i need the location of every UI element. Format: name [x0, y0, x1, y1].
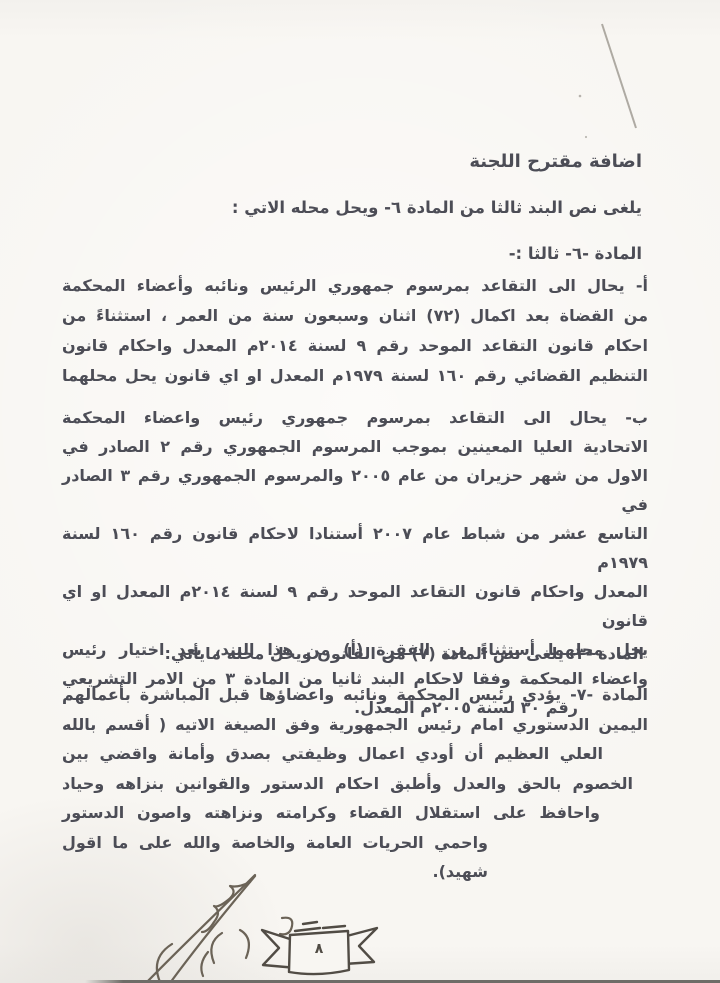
clause-a-line: أ- يحال الى التقاعد بمرسوم جمهوري الرئيس…	[62, 271, 648, 301]
clause-b-line: التاسع عشر من شباط عام ٢٠٠٧ أستنادا لاحك…	[62, 519, 648, 577]
clause-b-line: الاول من شهر حزيران من عام ٢٠٠٥ والمرسوم…	[62, 461, 648, 519]
article3-line: المادة -٣- يلغى نص المادة (٧) من القانون…	[165, 644, 644, 663]
document-text: اضافة مقترح اللجنة يلغى نص البند ثالثا م…	[0, 0, 720, 983]
clause-b-line: المعدل واحكام قانون التقاعد الموحد رقم ٩…	[62, 577, 648, 635]
clause-a-paragraph: أ- يحال الى التقاعد بمرسوم جمهوري الرئيس…	[62, 271, 648, 391]
intro-line: يلغى نص البند ثالثا من المادة ٦- ويحل مح…	[232, 198, 642, 217]
clause-a-line: التنظيم القضائي رقم ١٦٠ لسنة ١٩٧٩م المعد…	[62, 361, 648, 391]
article7-line: المادة -٧- يؤدي رئيس المحكمة ونائبه واعض…	[62, 680, 648, 710]
article7-line: اليمين الدستوري امام رئيس الجمهورية وفق …	[62, 710, 648, 740]
page-number: ٨	[302, 941, 336, 957]
clause-a-line: من القضاة بعد اكمال (٧٢) اثنان وسبعون سن…	[62, 301, 648, 331]
article7-line: واحافظ على استقلال القضاء وكرامته ونزاهت…	[62, 798, 648, 828]
article7-paragraph: المادة -٧- يؤدي رئيس المحكمة ونائبه واعض…	[62, 680, 648, 887]
document-title: اضافة مقترح اللجنة	[469, 151, 642, 172]
article7-line: العلي العظيم أن أودي اعمال وظيفتي بصدق و…	[62, 739, 648, 769]
article7-line: الخصوم بالحق والعدل وأطبق احكام الدستور …	[62, 769, 648, 799]
clause-b-line: الاتحادية العليا المعينين بموجب المرسوم …	[62, 432, 648, 461]
clause-b-line: ب- يحال الى التقاعد بمرسوم جمهوري رئيس و…	[62, 403, 648, 432]
clause-b-paragraph: ب- يحال الى التقاعد بمرسوم جمهوري رئيس و…	[62, 403, 648, 722]
article6-heading: المادة -٦- ثالثا :-	[509, 244, 642, 263]
clause-a-line: احكام قانون التقاعد الموحد رقم ٩ لسنة ٢٠…	[62, 331, 648, 361]
scanned-document-page: اضافة مقترح اللجنة يلغى نص البند ثالثا م…	[0, 0, 720, 983]
article7-line: واحمي الحريات العامة والخاصة والله على م…	[62, 828, 648, 887]
